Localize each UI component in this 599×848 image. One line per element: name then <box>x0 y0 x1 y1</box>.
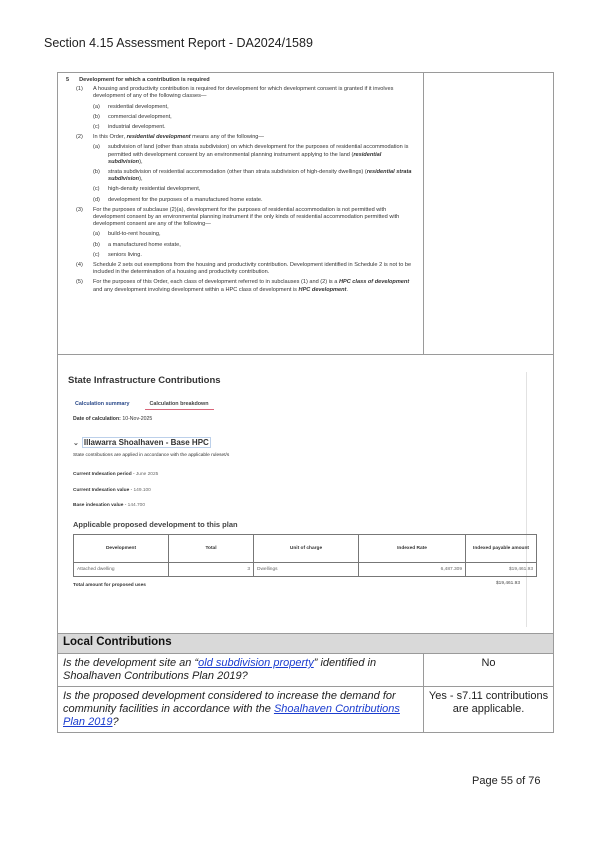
chevron-down-icon: ⌄ <box>73 439 79 447</box>
plan-name: Illawarra Shoalhaven - Base HPC <box>82 437 211 448</box>
col-amount: Indexed payable amount <box>466 535 537 563</box>
table-row: Is the proposed development considered t… <box>58 687 553 732</box>
subclause-item: (a)build-to-rent housing, <box>93 231 417 238</box>
local-contributions-table: Local Contributions Is the development s… <box>57 633 554 733</box>
legislation-table: 5 Development for which a contribution i… <box>57 72 554 355</box>
answer: No <box>424 654 553 686</box>
indexation-current-value: Current Indexation value - 149.100 <box>73 488 151 493</box>
page-number: Page 55 of 76 <box>472 775 541 787</box>
subclause: (4)Schedule 2 sets out exemptions from t… <box>76 262 417 276</box>
plan-expander[interactable]: ⌄ Illawarra Shoalhaven - Base HPC <box>73 437 211 448</box>
col-rate: Indexed Rate <box>359 535 466 563</box>
subclause-item: (c)seniors living. <box>93 252 417 259</box>
table-row: Attached dwelling 3 Dwellings 6,487.309 … <box>74 563 537 577</box>
col-total: Total <box>169 535 254 563</box>
subclause-item: (b)strata subdivision of residential acc… <box>93 169 417 183</box>
tab-calculation-summary[interactable]: Calculation summary <box>75 401 130 410</box>
legislation-comment-cell <box>424 73 553 354</box>
old-subdivision-link[interactable]: old subdivision property <box>198 657 314 669</box>
ruleset-note: State contributions are applied in accor… <box>73 453 229 458</box>
calculation-date: Date of calculation: 10-Nov-2025 <box>73 416 152 422</box>
legislation-extract: 5 Development for which a contribution i… <box>58 73 424 354</box>
question-demand: Is the proposed development considered t… <box>58 687 424 732</box>
indexation-base-value: Base indexation value - 144.700 <box>73 503 145 508</box>
subclause-item: (b)commercial development, <box>93 114 417 121</box>
table-row: Is the development site an “old subdivis… <box>58 654 553 687</box>
clause-title: 5 Development for which a contribution i… <box>66 77 417 84</box>
subclause-item: (d)development for the purposes of a man… <box>93 197 417 204</box>
subclause-item: (a)residential development, <box>93 104 417 111</box>
tab-calculation-breakdown[interactable]: Calculation breakdown <box>145 401 214 410</box>
report-header: Section 4.15 Assessment Report - DA2024/… <box>44 36 313 50</box>
subclause-item: (a)subdivision of land (other than strat… <box>93 144 417 166</box>
indexation-period: Current Indexation period - June 2025 <box>73 472 158 477</box>
question-old-subdivision: Is the development site an “old subdivis… <box>58 654 424 686</box>
subclause: (5)For the purposes of this Order, each … <box>76 279 417 293</box>
subclause: (3)For the purposes of subclause (2)(a),… <box>76 207 417 229</box>
subclause: (1)A housing and productivity contributi… <box>76 86 417 100</box>
calculation-tabs: Calculation summary Calculation breakdow… <box>75 401 214 410</box>
section-title: State Infrastructure Contributions <box>68 375 221 386</box>
total-label: Total amount for proposed uses <box>73 583 146 588</box>
total-value: $19,461.93 <box>496 581 520 586</box>
calculation-table: Development Total Unit of charge Indexed… <box>73 534 537 577</box>
subclause-item: (c)high-density residential development, <box>93 186 417 193</box>
local-contributions-heading: Local Contributions <box>58 634 553 654</box>
subclause-item: (c)industrial development. <box>93 124 417 131</box>
state-infrastructure-panel: State Infrastructure Contributions Calcu… <box>57 354 554 634</box>
applicable-development-title: Applicable proposed development to this … <box>73 520 238 529</box>
col-unit: Unit of charge <box>254 535 359 563</box>
subclause-item: (b)a manufactured home estate, <box>93 242 417 249</box>
panel-edge <box>526 372 527 627</box>
answer: Yes - s7.11 contributions are applicable… <box>424 687 553 732</box>
col-development: Development <box>74 535 169 563</box>
subclause: (2)In this Order, residential developmen… <box>76 134 417 141</box>
